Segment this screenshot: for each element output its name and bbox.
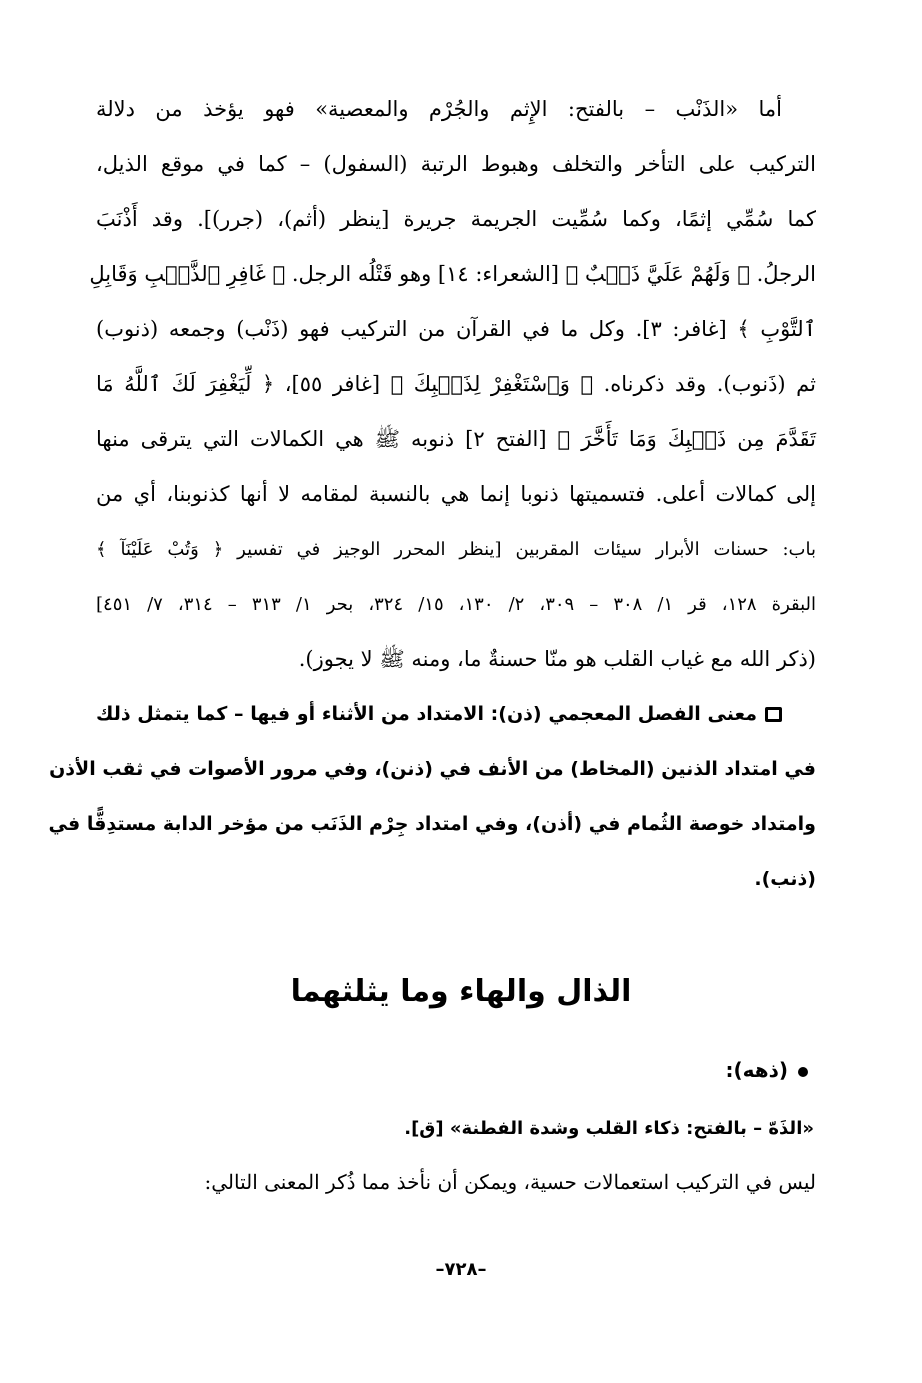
text-line: باب: حسنات الأبرار سيئات المقربين [ينظر … bbox=[96, 522, 816, 577]
section-meaning-line: (ذنب). bbox=[96, 852, 816, 907]
section-meaning: معنى الفصل المعجمي (ذن): الامتداد من الأ… bbox=[96, 687, 816, 907]
entry-root: (ذهه): bbox=[725, 1045, 808, 1095]
text-line: (ذكر الله مع غياب القلب هو منّا حسنةٌ ما… bbox=[96, 632, 816, 687]
chapter-heading: الذال والهاء وما يثلثهما bbox=[0, 962, 922, 1022]
citation-line: البقرة ١٢٨، قر ١/ ٣٠٨ – ٣٠٩، ٢/ ١٣٠، ١٥/… bbox=[96, 577, 816, 632]
section-meaning-line: وامتداد خوصة الثُمام في (أذن)، وفي امتدا… bbox=[96, 797, 816, 852]
page-number: –٧٢٨– bbox=[0, 1250, 922, 1290]
text-line: ٱلتَّوْبِ ﴾ [غافر: ٣]. وكل ما في القرآن … bbox=[96, 302, 816, 357]
text-line: أما «الذَنْب – بالفتح: الإِثم والجُرْم و… bbox=[96, 82, 816, 137]
section-meaning-line: معنى الفصل المعجمي (ذن): الامتداد من الأ… bbox=[96, 687, 816, 742]
section-meaning-line: في امتداد الذنين (المخاط) من الأنف في (ذ… bbox=[96, 742, 816, 797]
bullet-icon bbox=[798, 1067, 808, 1077]
entry-note: ليس في التركيب استعمالات حسية، ويمكن أن … bbox=[204, 1157, 816, 1207]
text-line: إلى كمالات أعلى. فتسميتها ذنوبا إنما هي … bbox=[96, 467, 816, 522]
main-text-block: أما «الذَنْب – بالفتح: الإِثم والجُرْم و… bbox=[96, 82, 816, 907]
text-line: التركيب على التأخر والتخلف وهبوط الرتبة … bbox=[96, 137, 816, 192]
text-line: الرجلُ. ﴿ وَلَهُمْ عَلَيَّ ذَنۢبٌ ﴾ [الش… bbox=[96, 247, 816, 302]
text-line: تَقَدَّمَ مِن ذَنۢبِكَ وَمَا تَأَخَّرَ ﴾… bbox=[96, 412, 816, 467]
square-bullet-icon bbox=[765, 707, 782, 722]
entry-definition: «الذَهّ – بالفتح: ذكاء القلب وشدة الفطنة… bbox=[404, 1104, 814, 1154]
text-line: كما سُمِّي إثمًا، وكما سُمِّيت الجريمة ج… bbox=[96, 192, 816, 247]
text-line: ثم (ذَنوب). وقد ذكرناه. ﴿ وَٱسْتَغْفِرْ … bbox=[96, 357, 816, 412]
